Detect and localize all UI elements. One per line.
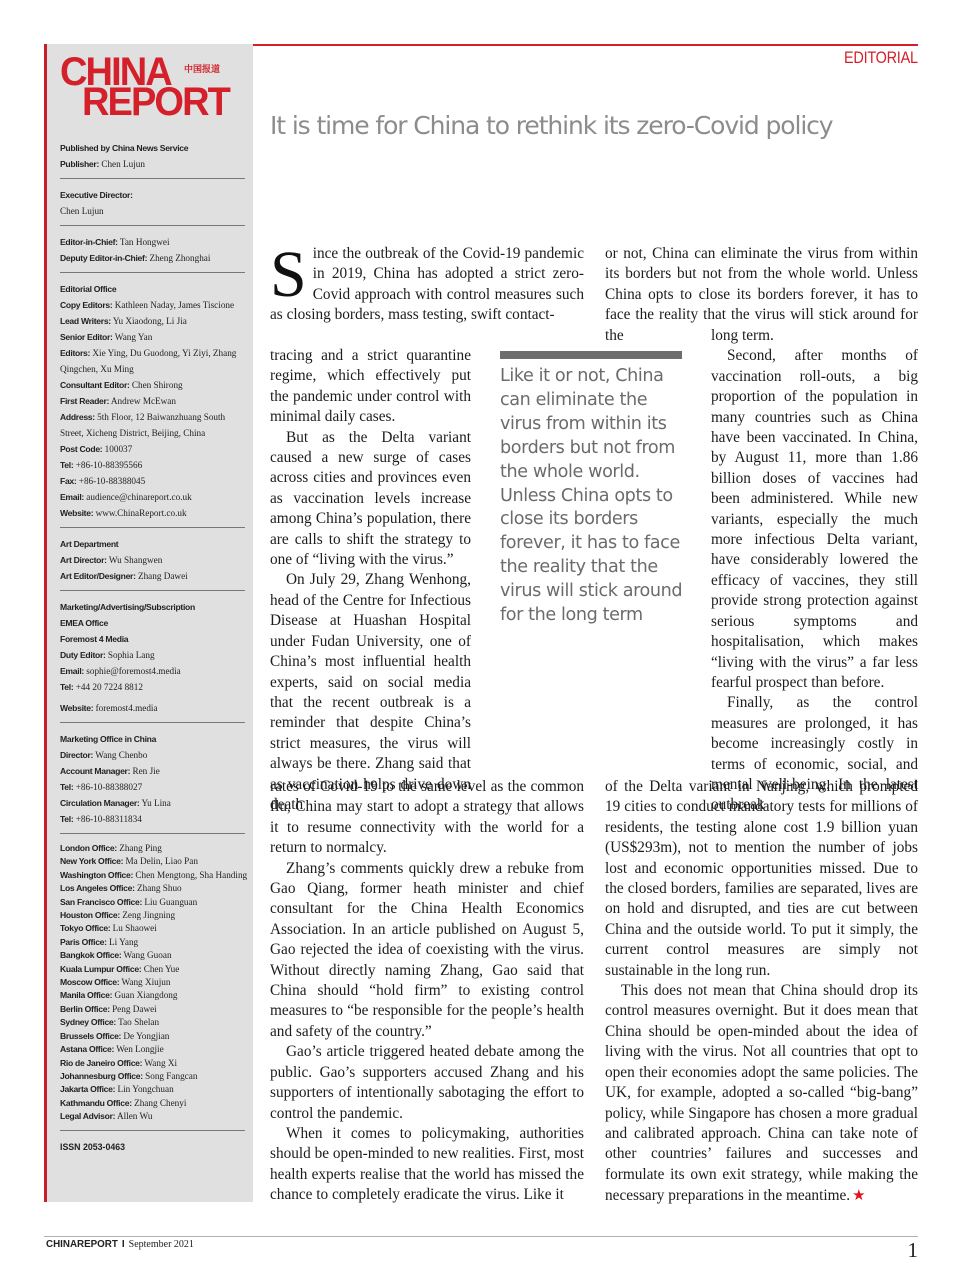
issn: ISSN 2053-0463	[60, 1139, 245, 1155]
copy-editors-label: Copy Editors:	[60, 300, 112, 310]
deputy-editor: Zheng Zhonghai	[149, 253, 210, 263]
email-label: Email:	[60, 492, 84, 502]
tel3-label: Tel:	[60, 814, 73, 824]
editor-in-chief: Tan Hongwei	[120, 237, 170, 247]
office-item: Tokyo Office: Lu Shaowei	[60, 922, 245, 935]
office-item: Kathmandu Office: Zhang Chenyi	[60, 1097, 245, 1110]
first-reader-label: First Reader:	[60, 396, 109, 406]
paragraph: But as the Delta variant caused a new su…	[270, 428, 471, 571]
exec-director-label: Executive Director:	[60, 187, 245, 203]
art-director-label: Art Director:	[60, 555, 107, 565]
divider	[60, 527, 245, 528]
office-item: Sydney Office: Tao Shelan	[60, 1016, 245, 1029]
page-number: 1	[908, 1238, 919, 1263]
logo-line-2: REPORT	[82, 82, 229, 122]
office-item: Paris Office: Li Yang	[60, 936, 245, 949]
director-label: Director:	[60, 750, 93, 760]
address-label: Address:	[60, 412, 95, 422]
first-reader: Andrew McEwan	[111, 396, 176, 406]
pull-quote-bar	[500, 351, 682, 359]
duty-editor-label: Duty Editor:	[60, 650, 106, 660]
consultant-editor: Chen Shirong	[132, 380, 183, 390]
footer-brand: CHINAREPORT	[46, 1239, 118, 1250]
office-item: London Office: Zhang Ping	[60, 842, 245, 855]
website-label: Website:	[60, 508, 93, 518]
article-column-2-lower: of the Delta variant in Nanjing, which p…	[605, 777, 918, 1207]
website-link[interactable]: www.ChinaReport.co.uk	[96, 508, 187, 518]
deputy-editor-label: Deputy Editor-in-Chief:	[60, 253, 147, 263]
office-item: Kuala Lumpur Office: Chen Yue	[60, 963, 245, 976]
article-headline: It is time for China to rethink its zero…	[270, 111, 833, 140]
divider	[60, 722, 245, 723]
account-manager-label: Account Manager:	[60, 766, 130, 776]
office-item: Legal Advisor: Allen Wu	[60, 1110, 245, 1123]
tel-label: Tel:	[60, 460, 73, 470]
post-code: 100037	[105, 444, 133, 454]
publisher: Chen Lujun	[101, 159, 145, 169]
circulation-label: Circulation Manager:	[60, 798, 139, 808]
office-item: Manila Office: Guan Xiangdong	[60, 989, 245, 1002]
fax-label: Fax:	[60, 476, 76, 486]
article-column-1-lower: rates of Covid-19 to the same level as t…	[270, 777, 584, 1206]
email-link[interactable]: audience@chinareport.co.uk	[86, 492, 191, 502]
article-column-1-top: Since the outbreak of the Covid-19 pande…	[270, 244, 584, 326]
emea-email-link[interactable]: sophie@foremost4.media	[86, 666, 180, 676]
tel: +86-10-88395566	[76, 460, 142, 470]
foremost-media: Foremost 4 Media	[60, 631, 245, 647]
published-by: Published by China News Service	[60, 140, 245, 156]
office-item: San Francisco Office: Liu Guanguan	[60, 896, 245, 909]
post-code-label: Post Code:	[60, 444, 102, 454]
consultant-editor-label: Consultant Editor:	[60, 380, 130, 390]
paragraph: long term.	[711, 326, 918, 346]
account-manager: Ren Jie	[132, 766, 159, 776]
paragraph: When it comes to policymaking, authoriti…	[270, 1124, 584, 1206]
divider	[60, 1130, 245, 1131]
office-item: Berlin Office: Peng Dawei	[60, 1003, 245, 1016]
emea-website-label: Website:	[60, 703, 93, 713]
section-label: EDITORIAL	[844, 48, 918, 68]
emea-tel-label: Tel:	[60, 682, 73, 692]
editorial-office-heading: Editorial Office	[60, 281, 245, 297]
art-department-heading: Art Department	[60, 536, 245, 552]
fax: +86-10-88388045	[79, 476, 145, 486]
paragraph: tracing and a strict quarantine regime, …	[270, 346, 471, 428]
page-footer: CHINAREPORTISeptember 2021	[46, 1239, 194, 1250]
senior-editor: Wang Yan	[115, 332, 153, 342]
office-item: Moscow Office: Wang Xiujun	[60, 976, 245, 989]
footer-issue: September 2021	[129, 1239, 194, 1250]
emea-email-label: Email:	[60, 666, 84, 676]
office-item: Jakarta Office: Lin Yongchuan	[60, 1083, 245, 1096]
offices-list: London Office: Zhang Ping New York Offic…	[60, 842, 245, 1124]
art-director: Wu Shangwen	[109, 555, 162, 565]
divider	[60, 590, 245, 591]
exec-director: Chen Lujun	[60, 203, 245, 219]
lead-writers-label: Lead Writers:	[60, 316, 111, 326]
office-item: Astana Office: Wen Longjie	[60, 1043, 245, 1056]
paragraph: Second, after months of vaccination roll…	[711, 346, 918, 693]
office-item: New York Office: Ma Delin, Liao Pan	[60, 855, 245, 868]
tel3: +86-10-88311834	[76, 814, 142, 824]
office-item: Los Angeles Office: Zhang Shuo	[60, 882, 245, 895]
red-star-end-icon: ★	[852, 1186, 865, 1204]
china-report-logo: CHINA 中国报道 REPORT	[60, 58, 235, 124]
office-item: Johannesburg Office: Song Fangcan	[60, 1070, 245, 1083]
paragraph: Gao’s article triggered heated debate am…	[270, 1042, 584, 1124]
copy-editors: Kathleen Naday, James Tiscione	[115, 300, 234, 310]
editor-in-chief-label: Editor-in-Chief:	[60, 237, 118, 247]
paragraph: rates of Covid-19 to the same level as t…	[270, 777, 584, 859]
logo-chinese: 中国报道	[184, 62, 220, 75]
art-editor: Zhang Dawei	[138, 571, 188, 581]
paragraph: of the Delta variant in Nanjing, which p…	[605, 777, 918, 981]
tel2-label: Tel:	[60, 782, 73, 792]
office-item: Houston Office: Zeng Jingning	[60, 909, 245, 922]
china-marketing-heading: Marketing Office in China	[60, 731, 245, 747]
duty-editor: Sophia Lang	[108, 650, 155, 660]
masthead: Published by China News Service Publishe…	[60, 140, 245, 1155]
article-column-2-narrow: long term. Second, after months of vacci…	[711, 326, 918, 816]
office-item: Brussels Office: De Yongjian	[60, 1030, 245, 1043]
office-item: Bangkok Office: Wang Guoan	[60, 949, 245, 962]
divider	[60, 178, 245, 179]
paragraph: This does not mean that China should dro…	[605, 982, 918, 1204]
footer-separator: I	[122, 1239, 125, 1250]
paragraph: ince the outbreak of the Covid-19 pandem…	[270, 245, 584, 323]
pull-quote: Like it or not, China can eliminate the …	[500, 365, 690, 628]
paragraph: Zhang’s comments quickly drew a rebuke f…	[270, 859, 584, 1043]
publisher-label: Publisher:	[60, 159, 99, 169]
tel2: +86-10-88388027	[76, 782, 142, 792]
emea-tel: +44 20 7224 8812	[76, 682, 143, 692]
lead-writers: Yu Xiaodong, Li Jia	[113, 316, 187, 326]
circulation-manager: Yu Lina	[141, 798, 170, 808]
drop-cap: S	[270, 248, 307, 302]
divider	[60, 272, 245, 273]
senior-editor-label: Senior Editor:	[60, 332, 113, 342]
footer-rule	[44, 1236, 918, 1237]
art-editor-label: Art Editor/Designer:	[60, 571, 136, 581]
divider	[60, 225, 245, 226]
emea-office-heading: EMEA Office	[60, 615, 245, 631]
editors-label: Editors:	[60, 348, 90, 358]
emea-website-link[interactable]: foremost4.media	[96, 703, 158, 713]
marketing-heading: Marketing/Advertising/Subscription	[60, 599, 245, 615]
director: Wang Chenbo	[95, 750, 147, 760]
office-item: Washington Office: Chen Mengtong, Sha Ha…	[60, 869, 245, 882]
divider	[60, 833, 245, 834]
article-column-1-narrow: tracing and a strict quarantine regime, …	[270, 346, 471, 815]
office-item: Rio de Janeiro Office: Wang Xi	[60, 1057, 245, 1070]
